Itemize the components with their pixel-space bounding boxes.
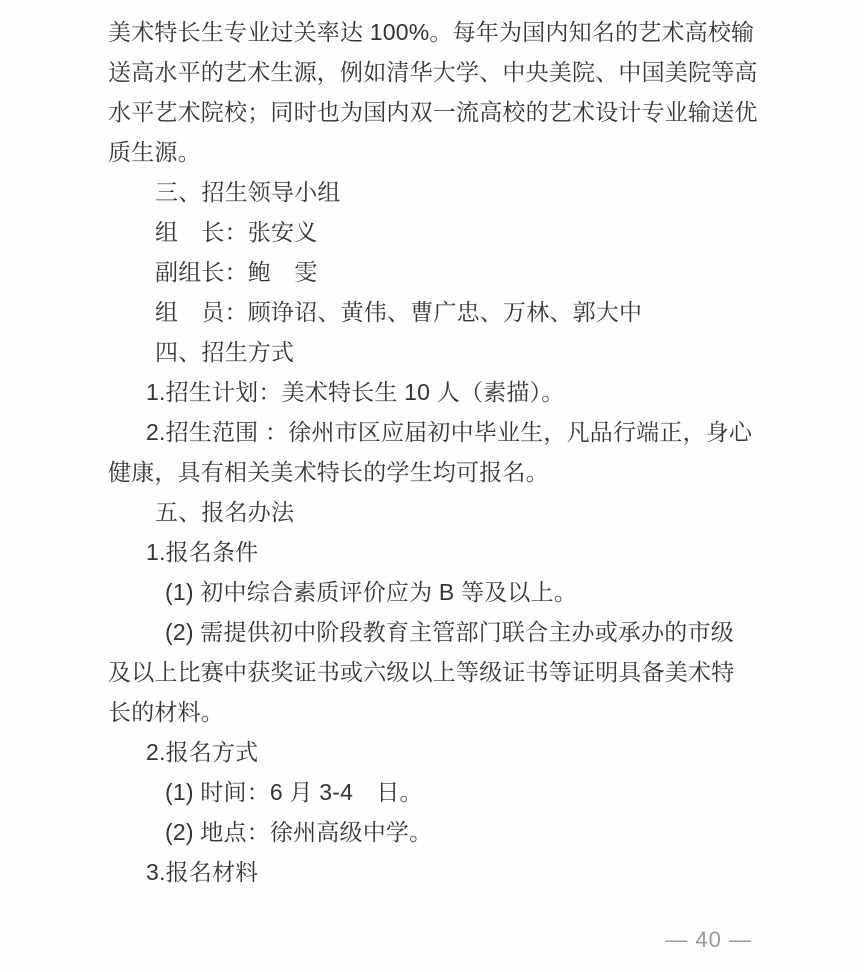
paragraph: 副组长：鲍 雯 xyxy=(108,252,824,292)
paragraph: 1.报名条件 xyxy=(108,532,824,572)
paragraph: 3.报名材料 xyxy=(108,852,824,892)
paragraph: 组 长：张安义 xyxy=(108,212,824,252)
paragraph: 组 员：顾诤诏、黄伟、曹广忠、万林、郭大中 xyxy=(108,292,824,332)
paragraph: (1) 时间：6 月 3-4 日。 xyxy=(108,772,824,812)
paragraph: 美术特长生专业过关率达 100%。每年为国内知名的艺术高校输 送高水平的艺术生源… xyxy=(108,12,824,172)
paragraph: 四、招生方式 xyxy=(108,332,824,372)
paragraph: (2) 需提供初中阶段教育主管部门联合主办或承办的市级 及以上比赛中获奖证书或六… xyxy=(108,612,824,732)
paragraph: (2) 地点：徐州高级中学。 xyxy=(108,812,824,852)
document-content: 美术特长生专业过关率达 100%。每年为国内知名的艺术高校输 送高水平的艺术生源… xyxy=(108,12,824,892)
document-page: 美术特长生专业过关率达 100%。每年为国内知名的艺术高校输 送高水平的艺术生源… xyxy=(0,0,864,972)
paragraph: 1.招生计划：美术特长生 10 人（素描）。 xyxy=(108,372,824,412)
paragraph: (1) 初中综合素质评价应为 B 等及以上。 xyxy=(108,572,824,612)
paragraph: 2.招生范围 ：徐州市区应届初中毕业生，凡品行端正，身心 健康，具有相关美术特长… xyxy=(108,412,824,492)
paragraph: 2.报名方式 xyxy=(108,732,824,772)
paragraph: 五、报名办法 xyxy=(108,492,824,532)
paragraph: 三、招生领导小组 xyxy=(108,172,824,212)
page-number: — 40 — xyxy=(665,926,752,954)
